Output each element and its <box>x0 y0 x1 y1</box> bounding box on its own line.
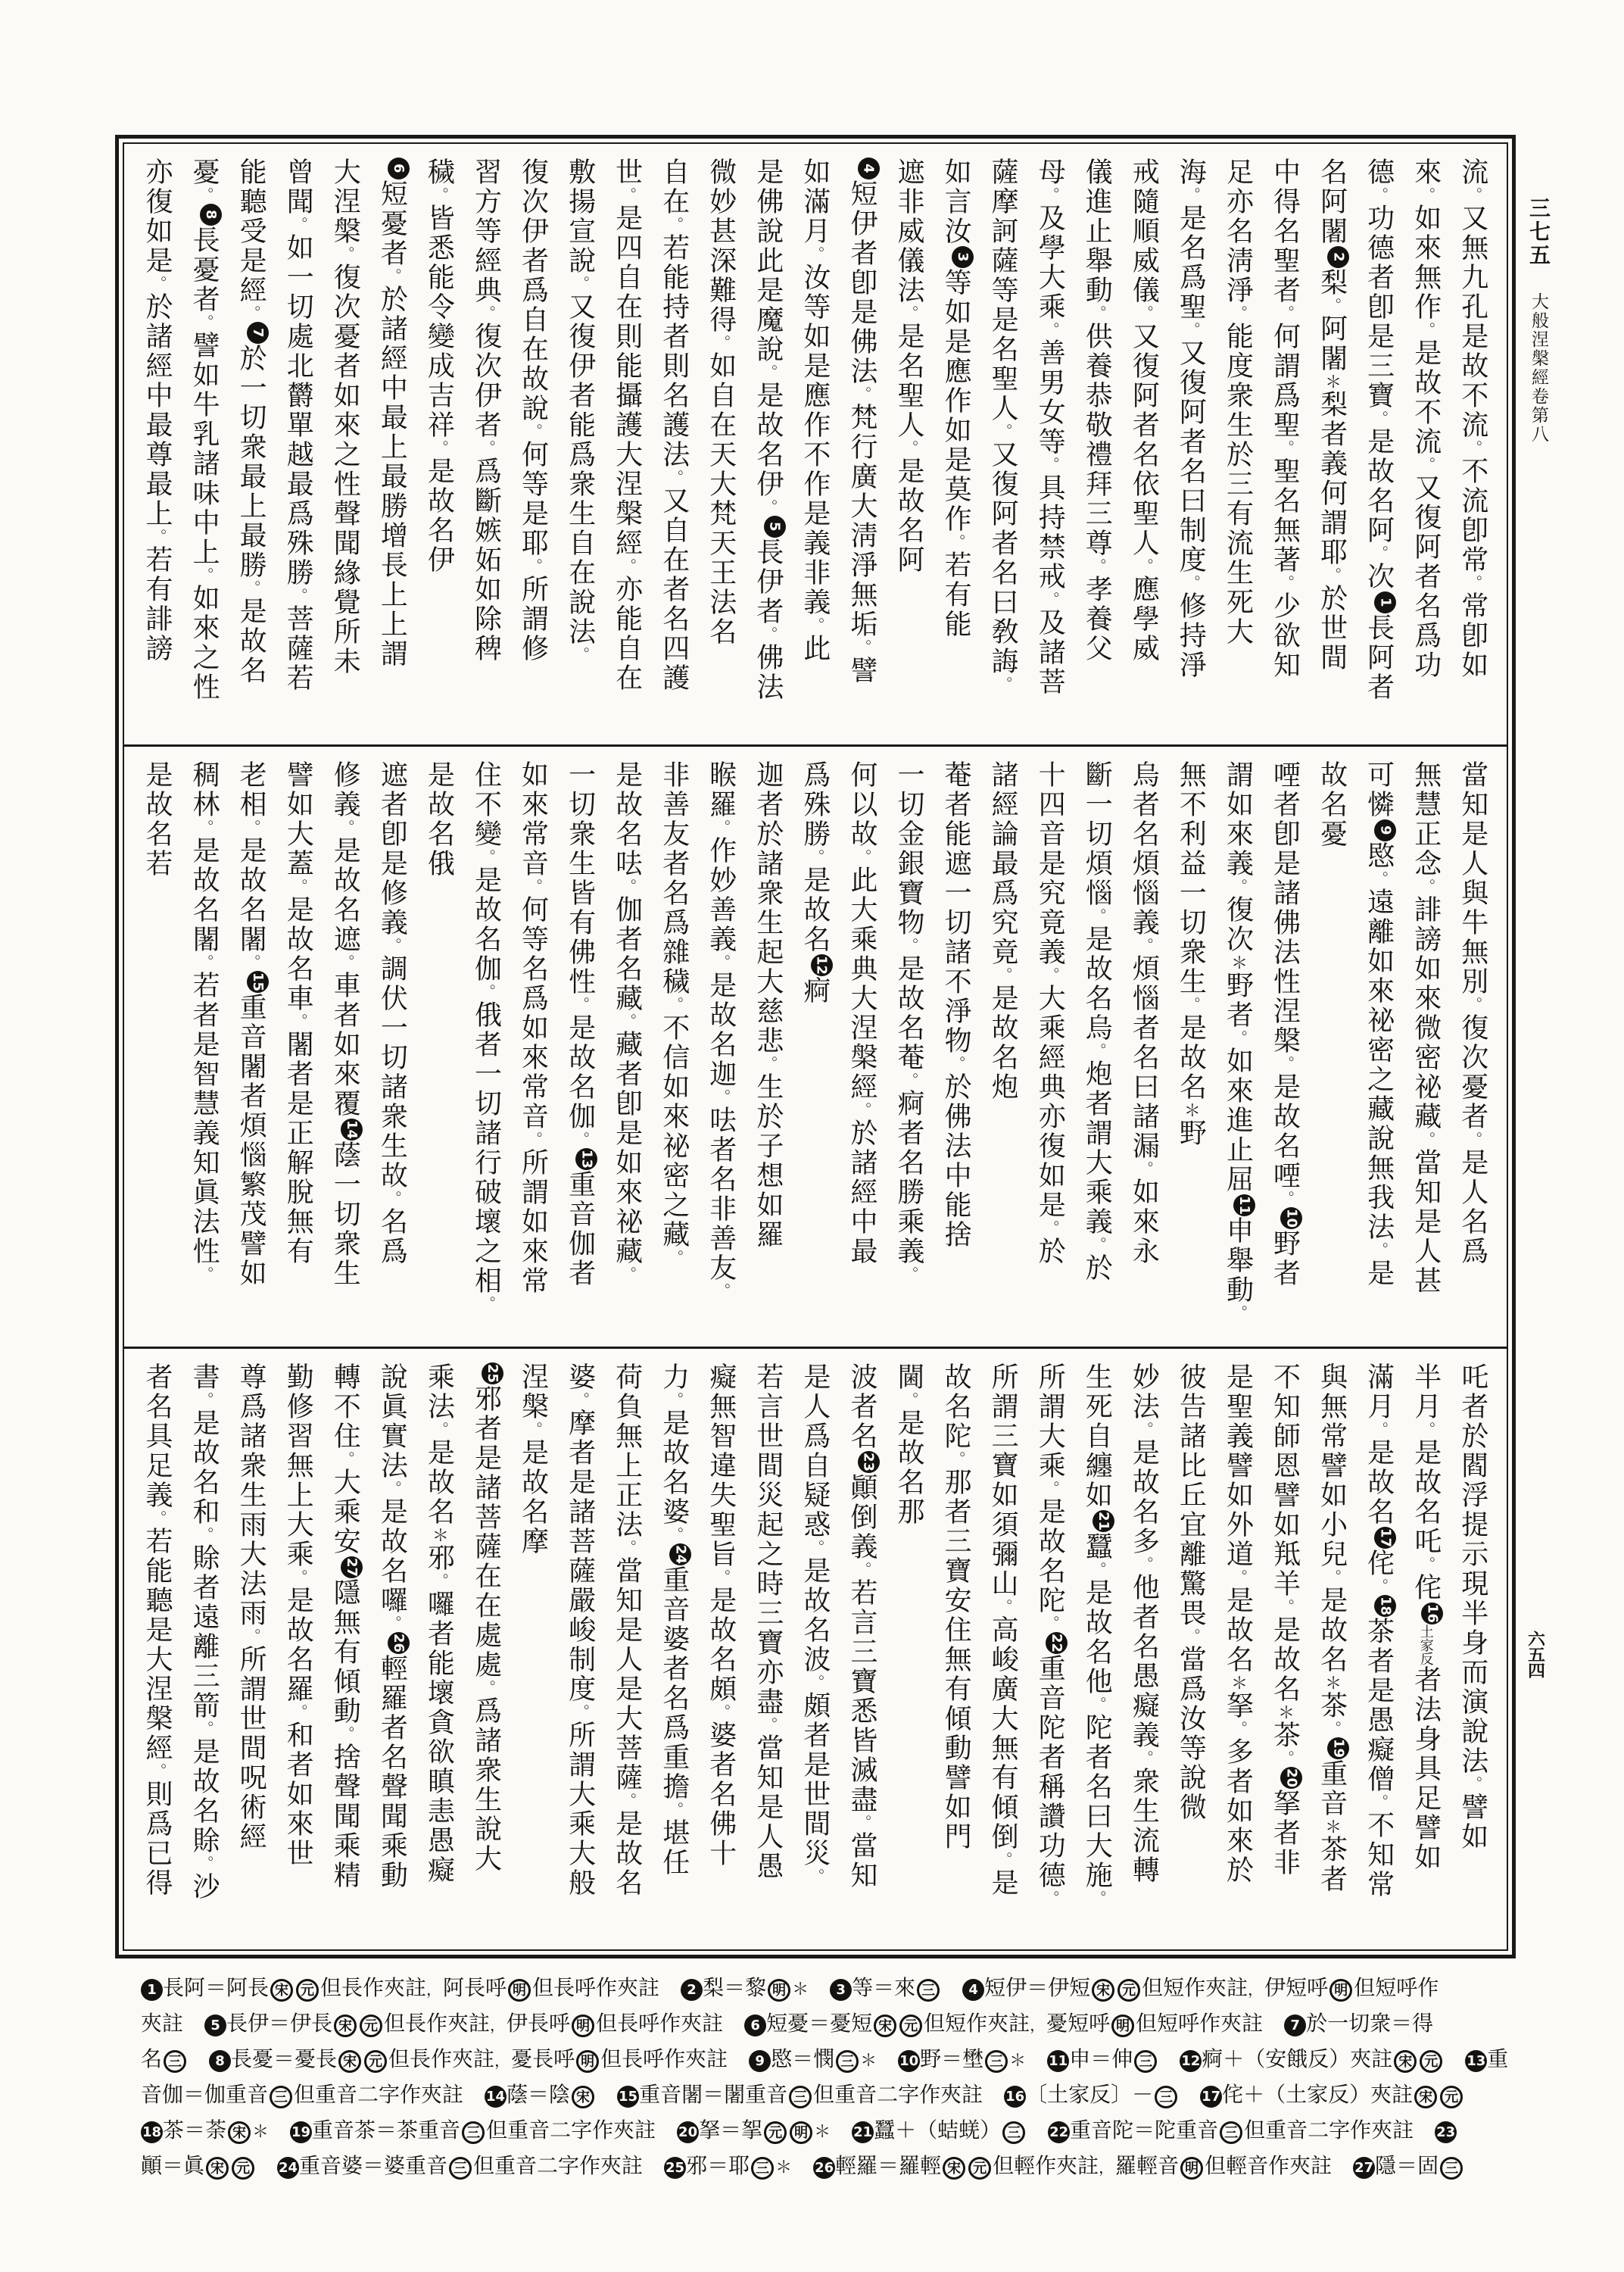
punctuation: 。 <box>901 938 918 954</box>
text-column: 可憐9愍。遠離如來祕密之藏說無我法。是 <box>1357 760 1402 1343</box>
punctuation: 。 <box>196 954 213 971</box>
punctuation: 。 <box>713 1089 730 1106</box>
punctuation: 。 <box>384 1191 401 1207</box>
punctuation: 。 <box>572 276 589 292</box>
asterisk-mark: ＊ <box>1323 373 1342 390</box>
punctuation: 。 <box>619 1540 636 1556</box>
punctuation: 。 <box>1465 1776 1482 1793</box>
punctuation: 。 <box>1277 1599 1294 1615</box>
punctuation: 。 <box>854 1102 871 1119</box>
note-number: 2 <box>681 1979 703 2001</box>
punctuation: 。 <box>290 1704 307 1721</box>
punctuation: 。 <box>1230 305 1246 322</box>
collation-notes: 1長阿＝阿長宋元但長作夾註，阿長呼明但長呼作夾註 2梨＝黎明＊ 3等＝來三 4短… <box>141 1971 1564 2184</box>
punctuation: 。 <box>1418 322 1435 339</box>
punctuation: 。 <box>572 1704 589 1721</box>
punctuation: 。 <box>854 849 871 866</box>
punctuation: 。 <box>1042 1890 1058 1907</box>
asterisk-mark: ＊ <box>1323 1674 1342 1691</box>
punctuation: 。 <box>290 588 307 604</box>
text-column: 戒隨順威儀。又復阿者名依聖人。應學威 <box>1121 158 1167 740</box>
text-column: 閫。是故名那 <box>887 1362 932 1945</box>
text-column: 復次伊者爲自在故說。何等是耶。所謂修 <box>511 158 556 740</box>
text-column: 自在。若能持者則名護法。又自在者名四護 <box>652 158 697 740</box>
punctuation: 。 <box>854 639 871 656</box>
text-column: 母。及學大乘。善男女等。具持禁戒。及諸菩 <box>1027 158 1073 740</box>
punctuation: 。 <box>572 997 589 1013</box>
text-column: 滿月。是故名17侘。18茶者是愚癡僧。不知常 <box>1357 1362 1402 1945</box>
edition-siglum: 宋 <box>206 2157 229 2180</box>
punctuation: 。 <box>196 1266 213 1283</box>
page-frame-inner: 流。又無九孔是故不流。不流卽常。常卽如來。如來無作。是故不流。又復阿者名爲功德。… <box>123 142 1508 1951</box>
punctuation: 。 <box>1230 1030 1246 1047</box>
text-column: 是聖義譬如外道。是故名＊拏。多者如來於 <box>1215 1362 1261 1945</box>
punctuation: 。 <box>1042 457 1058 473</box>
punctuation: 。 <box>196 314 213 331</box>
note-number: 19 <box>290 2121 312 2143</box>
punctuation: 。 <box>243 1628 260 1645</box>
punctuation: 。 <box>901 1266 918 1283</box>
asterisk-mark: ＊ <box>1229 1674 1248 1691</box>
punctuation: 。 <box>1371 1578 1388 1595</box>
punctuation: 。 <box>1371 1794 1388 1811</box>
punctuation: 。 <box>1136 1750 1152 1767</box>
punctuation: 。 <box>807 617 824 634</box>
punctuation: 。 <box>196 1527 213 1543</box>
punctuation: 。 <box>666 1250 683 1266</box>
text-column: 斷一切煩惱。是故名烏。炮者謂大乘義。於 <box>1074 760 1120 1343</box>
text-column: 住不變。是故名伽。俄者一切諸行破壞之相。 <box>463 760 509 1343</box>
text-column: 老相。是故名闍。15重音闍者煩惱繁茂譬如 <box>229 760 274 1343</box>
edition-siglum: 三 <box>1155 2086 1177 2108</box>
text-column: 名阿闍2梨。阿闍＊梨者義何謂耶。於世間 <box>1310 158 1355 740</box>
note-number: 18 <box>141 2121 163 2143</box>
text-column: 諸經論最爲究竟。是故名炮 <box>980 760 1026 1343</box>
note-number: 11 <box>1233 1194 1255 1216</box>
punctuation: 。 <box>1277 440 1294 457</box>
edition-siglum: 明 <box>790 2121 812 2144</box>
text-column: 書。是故名和。賖者遠離三箭。是故名賖。沙 <box>182 1362 227 1945</box>
punctuation: 。 <box>1371 871 1388 888</box>
punctuation: 。 <box>1183 322 1199 339</box>
punctuation: 。 <box>666 217 683 233</box>
text-column: 生死自纏如21蠶。是故名他。陀者名曰大施。 <box>1074 1362 1120 1945</box>
punctuation: 。 <box>1465 997 1482 1013</box>
edition-siglum: 三 <box>1220 2121 1242 2144</box>
register-top: 流。又無九孔是故不流。不流卽常。常卽如來。如來無作。是故不流。又復阿者名爲功德。… <box>124 144 1507 744</box>
punctuation: 。 <box>807 1674 824 1691</box>
punctuation: 。 <box>1418 1131 1435 1148</box>
edition-siglum: 明 <box>1180 2157 1203 2180</box>
note-number: 17 <box>1200 2086 1222 2108</box>
punctuation: 。 <box>525 1422 542 1438</box>
punctuation: 。 <box>1418 1422 1435 1438</box>
note-number: 22 <box>1046 1632 1068 1654</box>
margin-sutra-title: 大般涅槃經卷第八 <box>1526 292 1551 444</box>
punctuation: ， <box>1248 1982 1264 1999</box>
note-number: 4 <box>962 1979 984 2001</box>
edition-siglum: 三 <box>1440 2157 1463 2180</box>
punctuation: 。 <box>995 1599 1011 1615</box>
text-column: 半月。是故名吒。侘16土家反者法身具足譬如 <box>1404 1362 1449 1945</box>
punctuation: 。 <box>1136 1422 1152 1438</box>
text-column: 所謂大乘。是故名陀。22重音陀者稱讚功德。 <box>1027 1362 1073 1945</box>
text-column: 如言汝3等如是應作如是莫作。若有能 <box>934 158 979 740</box>
note-number: 14 <box>485 2086 507 2108</box>
note-number: 5 <box>204 2015 226 2036</box>
text-column: 荷負無上正法。當知是人是大菩薩。是故名 <box>605 1362 650 1945</box>
punctuation: 。 <box>901 1072 918 1089</box>
punctuation: 。 <box>901 1392 918 1409</box>
punctuation: 。 <box>995 676 1011 693</box>
text-column: 何以故。此大乘典大涅槃經。於諸經中最 <box>840 760 885 1343</box>
punctuation: 。 <box>478 440 494 457</box>
text-column: 稠林。是故名闍。若者是智慧義知眞法性。 <box>182 760 227 1343</box>
punctuation: 。 <box>901 440 918 457</box>
text-column: 轉不住。大乘安27隱無有傾動。捨聲聞乘精 <box>323 1362 368 1945</box>
note-number: 20 <box>677 2121 699 2143</box>
punctuation: 。 <box>1465 187 1482 204</box>
edition-siglum: 元 <box>232 2157 254 2180</box>
text-column: 大涅槃。復次憂者如來之性聲聞緣覺所未 <box>323 158 368 740</box>
edition-siglum: 明 <box>508 1979 531 2002</box>
note-number: 27 <box>1353 2157 1375 2179</box>
edition-siglum: 元 <box>296 1979 319 2002</box>
text-column: 勤修習無上大乘。是故名羅。和者如來世 <box>276 1362 321 1945</box>
asterisk-mark: ＊ <box>1276 1704 1295 1721</box>
edition-siglum: 宋 <box>1394 2050 1417 2073</box>
note-number: 23 <box>858 1451 880 1473</box>
edition-siglum: 三 <box>751 2157 774 2180</box>
text-column: 是故名呿。伽者名藏。藏者卽是如來祕藏。 <box>605 760 650 1343</box>
asterisk-mark: ＊ <box>430 1527 449 1543</box>
punctuation: ， <box>490 2018 507 2034</box>
punctuation: 。 <box>1371 410 1388 427</box>
text-column: 不知師恩譬如羝羊。是故名＊茶。20拏者非 <box>1263 1362 1308 1945</box>
punctuation: 。 <box>854 1562 871 1578</box>
punctuation: 。 <box>901 305 918 322</box>
punctuation: 。 <box>478 984 494 1000</box>
note-number: 9 <box>749 2050 771 2072</box>
punctuation: 。 <box>760 1056 777 1072</box>
punctuation: 。 <box>995 1852 1011 1868</box>
punctuation: 。 <box>619 879 636 895</box>
punctuation: 。 <box>196 1721 213 1737</box>
text-column: 微妙甚深難得。如自在天大梵天王法名 <box>699 158 744 740</box>
punctuation: 。 <box>1089 1696 1105 1713</box>
text-column: 菴者能遮一切諸不淨物。於佛法中能捨 <box>934 760 979 1343</box>
note-number: 20 <box>1280 1767 1302 1789</box>
punctuation: 。 <box>478 305 494 322</box>
text-column: 所謂三寶如須彌山。高峻廣大無有傾倒。是 <box>980 1362 1026 1945</box>
edition-siglum: 三 <box>836 2050 859 2073</box>
edition-siglum: 宋 <box>338 2050 361 2073</box>
edition-siglum: 元 <box>360 2015 382 2037</box>
punctuation: 。 <box>478 1296 494 1312</box>
text-column: 波者名23顚倒義。若言三寶悉皆滅盡。當知 <box>840 1362 885 1945</box>
punctuation: 。 <box>995 967 1011 984</box>
text-column: 癡無智違失聖旨。是故名頗。婆者名佛十 <box>699 1362 744 1945</box>
note-number: 26 <box>813 2157 835 2179</box>
punctuation: 。 <box>1324 567 1341 584</box>
text-column: 涅槃。是故名摩 <box>511 1362 556 1945</box>
punctuation: 。 <box>384 1481 401 1497</box>
note-number: 13 <box>1465 2050 1487 2072</box>
punctuation: 。 <box>149 1763 166 1780</box>
register-bottom: 吒者於閻浮提示現半身而演說法。譬如半月。是故名吒。侘16土家反者法身具足譬如滿月… <box>124 1349 1507 1949</box>
edition-siglum: 宋 <box>228 2121 251 2144</box>
punctuation: 。 <box>1089 1237 1105 1253</box>
text-column: 㖶者卽是諸佛法性涅槃。是故名㖶。10野者 <box>1263 760 1308 1343</box>
punctuation: 。 <box>1230 1569 1246 1586</box>
text-column: 說眞實法。是故名囉。26輕羅者名聲聞乘動 <box>369 1362 415 1945</box>
asterisk-mark: ＊ <box>814 2122 831 2141</box>
punctuation: 。 <box>525 879 542 895</box>
text-column: 力。是故名婆。24重音婆者名爲重擔。堪任 <box>652 1362 697 1945</box>
text-column: 4短伊者卽是佛法。梵行廣大淸淨無垢。譬 <box>840 158 885 740</box>
punctuation: 。 <box>1371 1422 1388 1438</box>
punctuation: 。 <box>713 954 730 971</box>
punctuation: 。 <box>149 529 166 545</box>
asterisk-mark: ＊ <box>252 2122 269 2141</box>
punctuation: 。 <box>525 423 542 440</box>
punctuation: 。 <box>948 534 965 551</box>
asterisk-mark: ＊ <box>1229 954 1248 971</box>
punctuation: 。 <box>243 305 260 322</box>
punctuation: 。 <box>290 879 307 895</box>
punctuation: 。 <box>1183 187 1199 204</box>
text-column: 故名憂 <box>1310 760 1355 1343</box>
note-number: 7 <box>247 322 269 344</box>
punctuation: 。 <box>478 1680 494 1696</box>
punctuation: 。 <box>713 1283 730 1300</box>
punctuation: 。 <box>619 558 636 575</box>
text-column: 亦復如是。於諸經中最尊最上。若有誹謗 <box>135 158 180 740</box>
edition-siglum: 元 <box>1440 2086 1463 2108</box>
punctuation: 。 <box>337 1451 354 1468</box>
note-number: 17 <box>1374 1527 1396 1549</box>
text-column: 若言世間災起之時三寶亦盡。當知是人愚 <box>746 1362 791 1945</box>
punctuation: 。 <box>807 849 824 866</box>
edition-siglum: 明 <box>576 2050 599 2073</box>
margin-page-number: 三七五 <box>1523 197 1554 267</box>
text-column: 一切金銀寶物。是故名菴。痾者名勝乘義。 <box>887 760 932 1343</box>
text-column: 婆。摩者是諸菩薩嚴峻制度。所謂大乘大般 <box>558 1362 603 1945</box>
text-column: 尊爲諸衆生雨大法雨。所謂世間呪術經 <box>229 1362 274 1945</box>
edition-siglum: 宋 <box>270 1979 293 2002</box>
punctuation: 。 <box>1230 1305 1246 1322</box>
punctuation: 。 <box>713 819 730 836</box>
note-number: 25 <box>664 2157 686 2179</box>
edition-siglum: 明 <box>572 2015 594 2037</box>
punctuation: 。 <box>619 1013 636 1030</box>
text-column: 修義。是故名遮。車者如來覆14蔭一切衆生 <box>323 760 368 1343</box>
text-column: 當知是人與牛無別。復次憂者。是人名爲 <box>1451 760 1496 1343</box>
punctuation: 。 <box>666 470 683 486</box>
punctuation: 。 <box>1136 1161 1152 1178</box>
punctuation: 。 <box>854 386 871 403</box>
text-column: 是故名俄 <box>416 760 462 1343</box>
note-number: 16 <box>1004 2086 1026 2108</box>
edition-siglum: 宋 <box>1414 2086 1437 2108</box>
edition-siglum: 元 <box>899 2015 922 2037</box>
text-column: 來。如來無作。是故不流。又復阿者名爲功 <box>1404 158 1449 740</box>
text-column: 25邪者是諸菩薩在在處處。爲諸衆生說大 <box>463 1362 509 1945</box>
note-number: 23 <box>1435 2121 1457 2143</box>
punctuation: ， <box>494 2053 511 2070</box>
text-column: 穢。皆悉能令變成吉祥。是故名伊 <box>416 158 462 740</box>
edition-siglum: 宋 <box>943 2157 965 2180</box>
punctuation: 。 <box>713 1569 730 1586</box>
text-column: 彼告諸比丘宜離驚畏。當爲汝等說微 <box>1168 1362 1214 1945</box>
punctuation: 。 <box>807 246 824 263</box>
note-number: 1 <box>141 1979 163 2001</box>
edition-siglum: 明 <box>1329 1979 1352 2002</box>
punctuation: 。 <box>1089 305 1105 322</box>
text-column: 遮者卽是修義。調伏一切諸衆生故。名爲 <box>369 760 415 1343</box>
punctuation: 。 <box>948 1451 965 1468</box>
text-column: 流。又無九孔是故不流。不流卽常。常卽如 <box>1451 158 1496 740</box>
punctuation: ， <box>426 1982 443 1999</box>
edition-siglum: 三 <box>1134 2050 1157 2073</box>
fanqie-gloss: 土家反 <box>1419 1624 1434 1665</box>
punctuation: 。 <box>384 1615 401 1632</box>
punctuation: 。 <box>854 1815 871 1831</box>
punctuation: 。 <box>1230 879 1246 895</box>
punctuation: 。 <box>666 1802 683 1818</box>
edition-siglum: 元 <box>1117 1979 1140 2002</box>
text-column: 是故名若 <box>135 760 180 1343</box>
asterisk-mark: ＊ <box>860 2051 877 2070</box>
edition-siglum: 三 <box>917 1979 940 2002</box>
edition-siglum: 明 <box>768 1979 790 2002</box>
punctuation: 。 <box>525 1131 542 1148</box>
edition-siglum: 三 <box>164 2050 186 2073</box>
note-number: 24 <box>669 1543 691 1565</box>
punctuation: 。 <box>760 626 777 643</box>
punctuation: 。 <box>1418 457 1435 473</box>
text-column: 習方等經典。復次伊者。爲斷嫉妬如除稗 <box>463 158 509 740</box>
punctuation: 。 <box>1136 558 1152 575</box>
text-column: 憂。8長憂者。譬如牛乳諸味中上。如來之性 <box>182 158 227 740</box>
note-number: 13 <box>575 1148 597 1170</box>
punctuation: 。 <box>196 1392 213 1409</box>
text-column: 是人爲自疑惑。是故名波。頗者是世間災。 <box>793 1362 838 1945</box>
punctuation: 。 <box>1089 558 1105 575</box>
page-frame: 流。又無九孔是故不流。不流卽常。常卽如來。如來無作。是故不流。又復阿者名爲功德。… <box>115 135 1516 1958</box>
edition-siglum: 宋 <box>572 2086 594 2108</box>
margin-folio-number: 六五四 <box>1523 1631 1548 1678</box>
text-column: 遮非威儀法。是名聖人。是故名阿 <box>887 158 932 740</box>
punctuation: 。 <box>1465 575 1482 591</box>
punctuation: 。 <box>1277 305 1294 322</box>
note-number: 14 <box>341 1119 363 1141</box>
note-number: 18 <box>1374 1595 1396 1617</box>
asterisk-mark: ＊ <box>1323 1818 1342 1835</box>
text-column: 睺羅。作妙善義。是故名迦。呿者名非善友。 <box>699 760 744 1343</box>
edition-siglum: 三 <box>462 2121 485 2144</box>
note-number: 1 <box>1374 591 1396 613</box>
text-column: 謂如來義。復次＊野者。如來進止屈11申舉動。 <box>1215 760 1261 1343</box>
edition-siglum: 宋 <box>1092 1979 1114 2002</box>
punctuation: 。 <box>807 1540 824 1556</box>
punctuation: 。 <box>243 954 260 971</box>
punctuation: 。 <box>243 580 260 597</box>
punctuation: 。 <box>619 187 636 204</box>
punctuation: 。 <box>1089 1562 1105 1578</box>
punctuation: 。 <box>1136 305 1152 322</box>
note-number: 8 <box>209 2050 231 2072</box>
edition-siglum: 元 <box>364 2050 387 2073</box>
punctuation: 。 <box>290 1569 307 1586</box>
punctuation: 。 <box>1183 997 1199 1013</box>
punctuation: 。 <box>478 849 494 866</box>
punctuation: 。 <box>1136 1556 1152 1573</box>
punctuation: 。 <box>948 1056 965 1072</box>
punctuation: 。 <box>1042 1481 1058 1497</box>
punctuation: 。 <box>619 1793 636 1809</box>
punctuation: 。 <box>384 268 401 285</box>
edition-siglum: 元 <box>968 2157 991 2180</box>
text-column: 十四音是究竟義。大乘經典亦復如是。於 <box>1027 760 1073 1343</box>
note-number: 7 <box>1284 2015 1306 2036</box>
punctuation: 。 <box>1089 908 1105 925</box>
note-number: 19 <box>1327 1737 1349 1759</box>
note-number: 11 <box>1047 2050 1069 2072</box>
note-number: 24 <box>277 2157 299 2179</box>
punctuation: 。 <box>337 819 354 836</box>
punctuation: 。 <box>525 558 542 575</box>
text-column: 中得名聖者。何謂爲聖。聖名無著。少欲知 <box>1263 158 1308 740</box>
punctuation: 。 <box>1042 1615 1058 1632</box>
punctuation: 。 <box>1418 1556 1435 1573</box>
text-column: 敷揚宣說。又復伊者能爲衆生自在說法。 <box>558 158 603 740</box>
text-column: 妙法。是故名多。他者名愚癡義。衆生流轉 <box>1121 1362 1167 1945</box>
note-number: 21 <box>1093 1510 1114 1532</box>
note-number: 5 <box>764 516 786 538</box>
punctuation: 。 <box>1042 322 1058 339</box>
note-number: 27 <box>341 1556 363 1578</box>
note-number: 10 <box>898 2050 920 2072</box>
note-number: 6 <box>388 158 410 179</box>
punctuation: 。 <box>1042 967 1058 984</box>
punctuation: 。 <box>431 440 447 457</box>
punctuation: 。 <box>1042 187 1058 204</box>
note-number: 9 <box>1374 819 1396 841</box>
edition-siglum: 宋 <box>874 2015 896 2037</box>
punctuation: 。 <box>995 423 1011 440</box>
punctuation: 。 <box>666 1392 683 1409</box>
text-column: 乘法。是故名＊邪。囉者能壞貪欲瞋恚愚癡 <box>416 1362 462 1945</box>
text-column: 儀進止舉動。供養恭敬禮拜三尊。孝養父 <box>1074 158 1120 740</box>
punctuation: 。 <box>1277 575 1294 591</box>
punctuation: 。 <box>1418 879 1435 895</box>
punctuation: 。 <box>1277 1056 1294 1072</box>
note-number: 12 <box>1180 2050 1202 2072</box>
punctuation: 。 <box>1371 1242 1388 1259</box>
text-column: 能聽受是經。7於一切衆最上最勝。是故名 <box>229 158 274 740</box>
punctuation: 。 <box>713 335 730 351</box>
punctuation: 。 <box>1230 1721 1246 1737</box>
text-column: 6短憂者。於諸經中最上最勝增長上上謂 <box>369 158 415 740</box>
punctuation: 。 <box>1089 1890 1105 1907</box>
note-number: 15 <box>617 2086 639 2108</box>
punctuation: 。 <box>572 1131 589 1148</box>
edition-siglum: 元 <box>1420 2050 1442 2073</box>
punctuation: 。 <box>666 997 683 1013</box>
text-column: 烏者名煩惱義。煩惱者名曰諸漏。如來永 <box>1121 760 1167 1343</box>
text-column: 世。是四自在則能攝護大涅槃經。亦能自在 <box>605 158 650 740</box>
